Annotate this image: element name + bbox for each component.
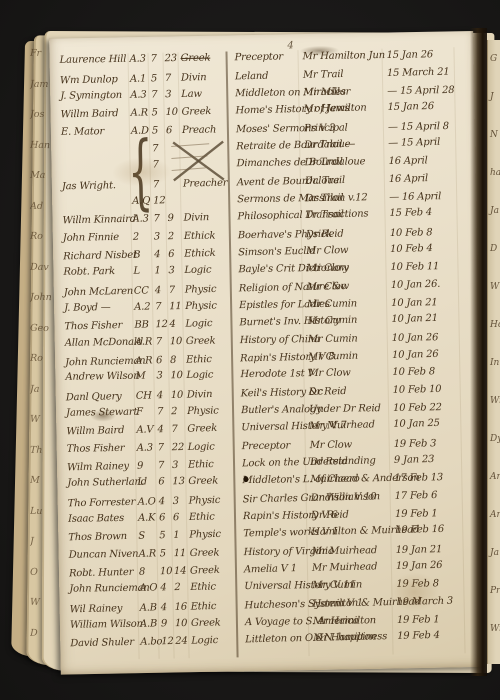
cell-name: Duncan Niven: [69, 549, 139, 561]
cell-date: 19 Jan 21: [396, 544, 443, 556]
cell-n2: 14: [174, 566, 187, 577]
facing-page-fragment: Wil: [490, 624, 500, 634]
cell-cls: Divin: [187, 389, 213, 401]
cell-date: 10 Feb 4: [390, 243, 433, 255]
cell-n1: 1: [154, 265, 160, 276]
cell-cls: Ethic: [189, 512, 215, 523]
cell-cls: Physic: [189, 495, 221, 507]
cell-name: Richard Nisbet: [63, 250, 137, 263]
ink-blot: [243, 476, 248, 482]
facing-page-fragment: Presb: [490, 586, 500, 596]
facing-page-fragment: Ho: [490, 320, 500, 330]
cell-title: Dimanches de Bourdaloue: [236, 156, 365, 169]
facing-page-fragment: Ja: [490, 206, 499, 216]
cell-marks: L: [137, 477, 144, 488]
cell-n2: 3: [173, 496, 179, 507]
cell-marks: A.R: [135, 355, 153, 366]
cell-cls: Law: [181, 89, 202, 100]
margin-name-fragment: Ja: [30, 383, 58, 394]
cell-surety: Mr Hamilton: [313, 631, 376, 643]
cell-title: Sermons de Massillon v.12: [237, 192, 368, 205]
cell-n1: 5: [159, 530, 165, 541]
cell-cls: Divin: [181, 72, 207, 84]
cell-date: — 15 April: [388, 137, 440, 149]
facing-page-fragment: Ja: [490, 548, 499, 558]
cell-cls: Greek: [191, 617, 221, 628]
cell-surety: Mr Clow: [306, 245, 348, 257]
cell-surety: Mr Clow: [308, 368, 350, 380]
cell-marks: A.3: [130, 90, 146, 101]
cell-cls: Logic: [186, 370, 213, 381]
cell-date: 10 Jan 25: [393, 418, 440, 430]
cell-date: 15 March 21: [387, 67, 450, 79]
cell-n2: 23: [165, 53, 177, 64]
cell-marks: 2: [133, 231, 139, 242]
cell-n1: 5: [151, 107, 157, 118]
cell-cls: Ethic: [186, 354, 212, 366]
cell-n1: 7: [152, 143, 158, 154]
cell-n2: 2: [171, 407, 177, 418]
cell-cls: Greek: [181, 53, 211, 64]
cell-name: John Runcieman: [65, 355, 146, 368]
cell-n2: 7: [165, 73, 171, 84]
cell-cls: Ethick: [184, 230, 216, 241]
cell-n1: 5: [151, 73, 157, 84]
cell-name: John McLaren: [64, 285, 134, 298]
cell-n2: 6: [166, 125, 172, 136]
cell-surety: Dr Reid: [311, 510, 349, 522]
cell-name: Willm Baird: [66, 425, 124, 437]
cell-date: 19 Feb 16: [395, 524, 444, 536]
cell-surety: Dr. Trail: [305, 175, 345, 187]
margin-name-fragment: W: [30, 414, 58, 425]
cell-name: John Finnie: [63, 232, 119, 244]
margin-name-fragment: W: [30, 597, 58, 608]
cell-cls: Greek: [187, 423, 217, 435]
cell-n1: 6: [159, 512, 165, 523]
cell-surety: Dr Trail: [305, 193, 343, 205]
cell-n2: 4: [169, 318, 175, 329]
cell-title: Preceptor: [242, 441, 291, 453]
cell-n1: 12: [161, 636, 174, 647]
cell-title: Simson's Euclid: [238, 245, 316, 258]
cell-marks: A.K: [138, 513, 155, 524]
cell-title: Amelia V 1: [244, 563, 297, 575]
cell-n1: 12: [153, 195, 165, 206]
cell-n2: 3: [168, 265, 174, 276]
cell-marks: A.R: [130, 107, 148, 118]
cell-name: Andrew Wilson: [65, 371, 139, 383]
cell-date: — 15 April 8: [388, 121, 449, 133]
cell-name: John Sutherland: [67, 477, 147, 489]
cell-n2: 7: [171, 424, 177, 435]
cell-n2: 6: [168, 249, 174, 260]
cell-n2: 11: [174, 548, 186, 559]
cell-date: 19 Feb 4: [397, 630, 440, 642]
cell-surety: Mr Hamilton: [303, 103, 366, 115]
cell-marks: L: [133, 265, 140, 276]
cell-n1: 6: [156, 355, 162, 366]
cell-name: David Shuler: [70, 637, 134, 649]
margin-name-fragment: O: [30, 566, 58, 577]
cell-cls: Ethic: [191, 601, 217, 613]
cell-marks: A.B: [140, 602, 157, 613]
cell-cls: Ethic: [188, 459, 214, 471]
cell-title: Philosophical Transactions: [237, 208, 368, 222]
cell-cls: Greek: [186, 336, 216, 347]
cell-surety: Mr Hamilton: [313, 615, 376, 627]
margin-name-fragment: Th: [30, 444, 58, 455]
facing-page-fragment: Am: [490, 510, 500, 520]
cell-n1: 3: [154, 231, 160, 242]
cell-surety: Dr Reid: [310, 456, 348, 468]
cell-surety: Mr Clow: [310, 440, 352, 452]
cell-n2: 7: [169, 284, 175, 295]
cell-surety: Mr Cumin: [312, 579, 362, 591]
cell-n2: 8: [170, 354, 176, 365]
cell-cls: Ethick: [184, 248, 216, 260]
cell-marks: BB: [134, 319, 149, 330]
cell-surety: Mr Muirhead: [309, 420, 375, 432]
cell-marks: A.2: [134, 301, 150, 312]
cell-surety: Dr Reid: [306, 228, 344, 240]
cell-name: William Wilson: [70, 618, 143, 630]
cell-n2: 3: [165, 89, 171, 100]
cell-name: J. Symington: [60, 90, 122, 102]
cell-name: Isaac Bates: [68, 513, 124, 525]
margin-name-fragment: M: [30, 475, 58, 486]
cell-date: 10 Feb 11: [390, 261, 439, 273]
facing-page-fragment: D: [490, 244, 497, 254]
cell-surety: Mr Trail: [303, 69, 344, 81]
cell-cls: Logic: [184, 264, 211, 275]
cell-title: Leland: [235, 71, 269, 83]
cell-n1: 4: [159, 496, 165, 507]
facing-page-fragment: Int: [490, 358, 500, 368]
cell-n1: 6: [158, 476, 164, 487]
facing-page-fragment: Wil: [490, 396, 500, 406]
facing-page-sliver: GJNhaJaDWHoIntWilDyAndAmJaPresbWil: [487, 40, 500, 664]
cell-marks: CC: [134, 285, 149, 296]
cell-name: Danl Query: [66, 391, 122, 403]
cell-n2: 11: [169, 301, 181, 312]
cell-date: 10 Feb 8: [390, 227, 433, 239]
cell-surety: Dr Trail: [305, 209, 343, 221]
cell-n2: 22: [172, 442, 184, 453]
cell-surety: Mr Clow: [307, 280, 349, 292]
cell-name: Willm Baird: [60, 108, 118, 120]
cell-name: Robt. Park: [63, 266, 115, 278]
cell-date: 19 Feb 3: [394, 438, 437, 450]
cell-cls: Physic: [189, 529, 221, 541]
cell-n1: 12: [155, 319, 168, 330]
cell-cls: Greek: [188, 476, 218, 487]
cell-date: 17 Feb 6: [395, 490, 438, 502]
cell-name: Robt. Hunter: [69, 567, 133, 579]
cell-date: 10 Jan 26.: [391, 278, 441, 290]
cell-name: Jas Wright.: [62, 180, 116, 192]
cell-cls: Divin: [183, 212, 209, 224]
cell-marks: CH: [136, 391, 152, 402]
cell-surety: Mr Cumin: [307, 298, 357, 310]
cell-name: Laurence Hill: [60, 54, 127, 66]
facing-page-fragment: G: [490, 54, 497, 64]
cell-title: Lock on the Understanding: [242, 456, 376, 470]
cell-cls: Physic: [185, 300, 217, 311]
cell-n1: 7: [151, 90, 157, 101]
cell-surety: Mr Millar: [303, 87, 350, 99]
cell-n1: 7: [153, 213, 159, 224]
cell-surety: Mr Muirhead: [312, 545, 378, 557]
cell-n1: 4: [157, 424, 163, 435]
ledger-page: 4 Laurence HillA.3723GreekPreceptorMr Ha…: [49, 31, 485, 675]
cell-date: 19 Feb 1: [395, 508, 438, 520]
cell-name: E. Mator: [61, 126, 104, 138]
margin-name-fragment: D: [30, 627, 58, 638]
cell-n2: 2: [174, 582, 180, 593]
cell-marks: A.3: [137, 443, 153, 454]
cell-cls: Greek: [190, 565, 220, 577]
cell-marks: A.3: [130, 54, 146, 65]
cell-date: 19 Jan 26: [396, 560, 443, 572]
cell-name: Allan McDonald: [65, 337, 143, 349]
cell-n2: 6: [173, 512, 179, 523]
cell-marks: M: [135, 371, 145, 382]
cell-cls: Logic: [191, 635, 218, 647]
cell-surety: Mr Cumin: [308, 334, 358, 346]
cell-date: 10 Jan 21: [391, 312, 438, 324]
cell-marks: 8: [139, 567, 145, 578]
cell-date: 15 Feb 4: [389, 207, 432, 219]
cell-marks: A.O: [138, 496, 156, 507]
cell-n1: 3: [156, 371, 162, 382]
cell-marks: A.1: [130, 74, 146, 85]
cell-n1: 7: [156, 337, 162, 348]
cell-name: Thos Fisher: [64, 320, 122, 332]
cell-marks: A.B: [140, 618, 157, 629]
cell-surety: Dr Trail —: [304, 139, 355, 151]
cell-name: Thos Fisher: [67, 443, 125, 455]
cell-date: 10 Feb 10: [393, 384, 442, 396]
cell-n2: 9: [167, 213, 173, 224]
cell-n1: 10: [160, 566, 173, 577]
cell-surety: Dr Trail: [304, 157, 342, 169]
cell-n2: 1: [173, 530, 179, 541]
cell-n1: 7: [151, 54, 157, 65]
cell-n2: 3: [172, 460, 178, 471]
cell-surety: Mr Clow: [306, 262, 348, 274]
cell-name: Thos Brown: [68, 531, 127, 543]
cell-date: 9 Jan 23: [394, 454, 435, 466]
cell-n2: 10: [175, 618, 187, 629]
cell-date: 15 Jan 26: [387, 101, 434, 113]
cell-date: 10 Jan 21: [391, 297, 438, 309]
cell-marks: S: [138, 531, 145, 542]
facing-page-fragment: ha: [490, 168, 500, 178]
cell-n2: 24: [175, 635, 188, 646]
cell-n1: 5: [152, 125, 158, 136]
cell-title: Preceptor: [235, 52, 284, 64]
cell-surety: Mr Cumin: [307, 314, 357, 326]
cell-date: 19 Feb 1: [397, 614, 440, 626]
cell-cls: Physic: [187, 406, 219, 417]
cell-n2: 10: [171, 390, 184, 401]
cell-surety: Principal: [304, 123, 348, 135]
facing-page-fragment: W: [490, 282, 499, 292]
cell-surety: Mr Cumin: [308, 350, 358, 362]
cell-cls: Physic: [185, 283, 217, 295]
margin-name-fragment: J: [30, 536, 58, 547]
cell-name: Wil Rainey: [70, 603, 123, 615]
facing-page-fragment: And: [490, 472, 500, 482]
cell-cls: Greek: [190, 547, 220, 558]
cell-surety: Dr Williamson: [311, 491, 381, 504]
folio-mark: 4: [287, 40, 294, 51]
cell-name: Wm Dunlop: [60, 74, 118, 86]
crossout-scribble: [169, 137, 228, 184]
cell-cls: Logic: [185, 318, 212, 330]
binding-gutter: [470, 28, 487, 676]
cell-marks: A.R: [135, 337, 153, 348]
cell-name: Willm Kinnaird: [62, 213, 136, 226]
cell-marks: 9: [137, 461, 143, 472]
cell-marks: A.O: [139, 582, 157, 593]
cell-n1: 9: [161, 618, 167, 629]
manuscript-photo: FrJamJosHanMaAdRoDavJohnGeoRoJaWThMLuJOW…: [0, 0, 500, 700]
cell-cls: Logic: [188, 442, 215, 453]
cell-date: 17 Feb 13: [394, 472, 443, 484]
cell-n2: 10: [165, 107, 178, 118]
cell-cls: Preach: [182, 124, 216, 136]
cell-n1: 7: [157, 407, 163, 418]
cell-date: — 16 April: [389, 191, 441, 203]
cell-date: 16 April: [388, 155, 427, 167]
margin-name-fragment: Ro: [30, 353, 58, 364]
cell-n1: 5: [160, 548, 166, 559]
cell-n1: 7: [158, 460, 164, 471]
cell-marks: F: [136, 407, 143, 418]
margin-name-fragment: Lu: [30, 505, 58, 516]
cell-name: John Runcieman: [69, 582, 149, 594]
cell-n1: 4: [160, 582, 166, 593]
cell-title: Herodote 1st V: [240, 368, 314, 380]
cell-date: 16 April: [389, 173, 428, 185]
cell-n1: 4: [155, 285, 161, 296]
cell-n1: 7: [158, 442, 164, 453]
cell-n2: 13: [172, 476, 184, 487]
facing-page-fragment: Dy: [490, 434, 500, 444]
cell-n2: 10: [170, 370, 182, 381]
cell-name: J. Boyd —: [64, 302, 111, 314]
cell-n1: 4: [157, 390, 163, 401]
cell-n1: 4: [154, 249, 160, 260]
cell-n1: 4: [161, 602, 167, 613]
cell-date: 10 Feb 22: [393, 403, 442, 415]
facing-page-fragment: J: [490, 92, 494, 102]
cell-name: Wilm Rainey: [67, 461, 129, 473]
cell-date: 10 Jan 26: [392, 348, 439, 360]
cell-marks: A.R: [139, 548, 157, 559]
cell-date: 10 Feb 8: [392, 367, 435, 379]
cell-marks: A.bo: [140, 636, 162, 647]
cell-marks: B: [133, 249, 140, 260]
cell-date: — 15 April 28: [387, 85, 454, 97]
cell-surety: Dr Reid: [309, 386, 347, 398]
cell-n2: 16: [175, 601, 188, 612]
cell-n1: 7: [155, 301, 161, 312]
cell-cls: Ethic: [190, 581, 216, 592]
cell-cls: Greek: [181, 106, 211, 118]
cell-name: Tho Forrester: [68, 497, 136, 510]
facing-page-fragment: N: [490, 130, 498, 140]
cell-n2: 2: [168, 231, 174, 242]
cell-date: 10 Jan 26: [392, 333, 439, 345]
cell-marks: A.V: [136, 425, 153, 436]
cell-surety: Mr Muirhead: [312, 561, 378, 573]
cell-n2: 10: [170, 336, 182, 347]
cell-date: 15 Jan 26: [387, 49, 434, 61]
cell-surety: Under Dr Reid: [309, 403, 381, 415]
